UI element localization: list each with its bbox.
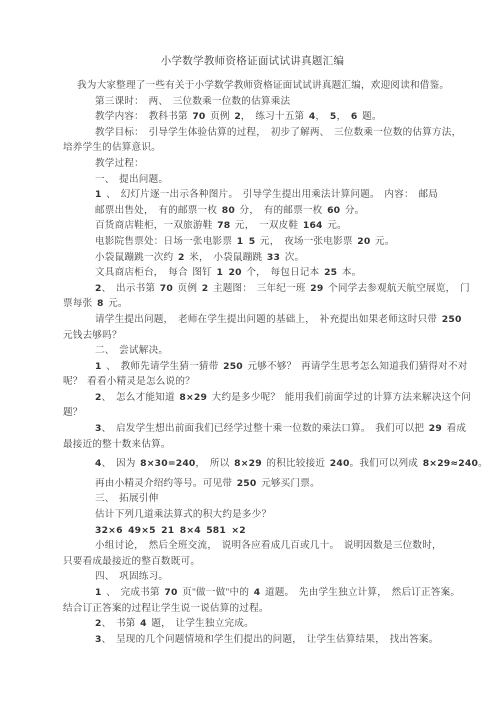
doc-line: 票每张 8 元。 [63,296,442,312]
doc-line: 小组讨论， 然后全班交流， 说明各应看成几百或几十。 说明因数是三位数时， [95,538,442,554]
doc-line: 二、 尝试解决。 [95,343,442,359]
doc-line: 最接近的整十数来估算。 [63,437,442,453]
doc-line: 题？ [63,405,442,421]
doc-line: 教学过程： [95,156,442,172]
doc-line: 1 、 幻灯片逐一出示各种图片。 引导学生提出用乘法计算问题。 内容： 邮局 [95,187,442,203]
doc-line: 2、 出示书第 70 页例 2 主题图： 三年纪一班 29 个同学去参观航天航空… [95,281,442,297]
doc-line: 小袋鼠蹦跳一次约 2 米， 小袋鼠蹦跳 33 次。 [95,250,442,266]
doc-line: 结合订正答案的过程让学生说一说估算的过程。 [63,601,442,617]
doc-line: 培养学生的估算意识。 [63,140,442,156]
doc-line: 我为大家整理了一些有关于小学数学教师资格证面试试讲真题汇编，欢迎阅读和借鉴。 [77,78,442,94]
doc-line: 3、 启发学生想出前面我们已经学过整十乘一位数的乘法口算。 我们可以把 29 看… [95,421,442,437]
doc-line: 1 、 教师先请学生猜一猜带 250 元够不够？ 再请学生思考怎么知道我们猜得对… [95,359,442,375]
doc-line: 三、 拓展引伸 [95,491,442,507]
doc-line: 1 、 完成书第 70 页"做一做"中的 4 道题。 先由学生独立计算， 然后订… [95,585,442,601]
doc-line: 2、 怎么才能知道 8×29 大约是多少呢？ 能用我们前面学过的计算方法来解决这… [95,390,442,406]
doc-line: 请学生提出问题， 老师在学生提出问题的基础上， 补充提出如果老师这时只带 250 [95,312,442,328]
doc-line: 再由小精灵介绍约等号。可见带 250 元够买门票。 [95,476,442,492]
doc-line: 元钱去够吗？ [63,328,442,344]
doc-line: 32×6 49×5 21 8×4 581 ×2 [95,523,442,539]
doc-line: 电影院售票处：日场一张电影票 1 5 元， 夜场一张电影票 20 元。 [95,234,442,250]
doc-line: 2、 书第 4 题， 让学生独立完成。 [95,616,442,632]
doc-line: 教学目标： 引导学生体验估算的过程， 初步了解两、 三位数乘一位数的估算方法， [95,125,442,141]
doc-line: 3、 呈现的几个问题情境和学生们提出的问题， 让学生估算结果， 找出答案。 [95,632,442,648]
doc-line: 一、 提出问题。 [95,172,442,188]
document-title: 小学数学教师资格证面试试讲真题汇编 [63,55,442,69]
doc-line: 文具商店柜台， 每合 图钉 1 20 个， 每包日记本 25 本。 [95,265,442,281]
doc-line: 第三课时： 两、 三位数乘一位数的估算乘法 [95,94,442,110]
doc-line: 四、 巩固练习。 [95,569,442,585]
doc-line: 邮票出售处， 有的邮票一枚 80 分， 有的邮票一枚 60 分。 [95,203,442,219]
doc-line: 教学内容： 教科书第 70 页例 2， 练习十五第 4， 5， 6 题。 [95,109,442,125]
doc-line: 只要看成最接近的整百数既可。 [63,554,442,570]
doc-line: 呢？ 看看小精灵是怎么说的？ [63,374,442,390]
doc-line: 估计下列几道乘法算式的积大约是多少？ [95,507,442,523]
page: 小学数学教师资格证面试试讲真题汇编 我为大家整理了一些有关于小学数学教师资格证面… [0,0,500,707]
doc-line: 4、 因为 8×30=240， 所以 8×29 的积比较接近 240。我们可以列… [95,456,442,472]
doc-line: 百货商店鞋柜，一双旅游鞋 78 元， 一双皮鞋 164 元。 [95,218,442,234]
